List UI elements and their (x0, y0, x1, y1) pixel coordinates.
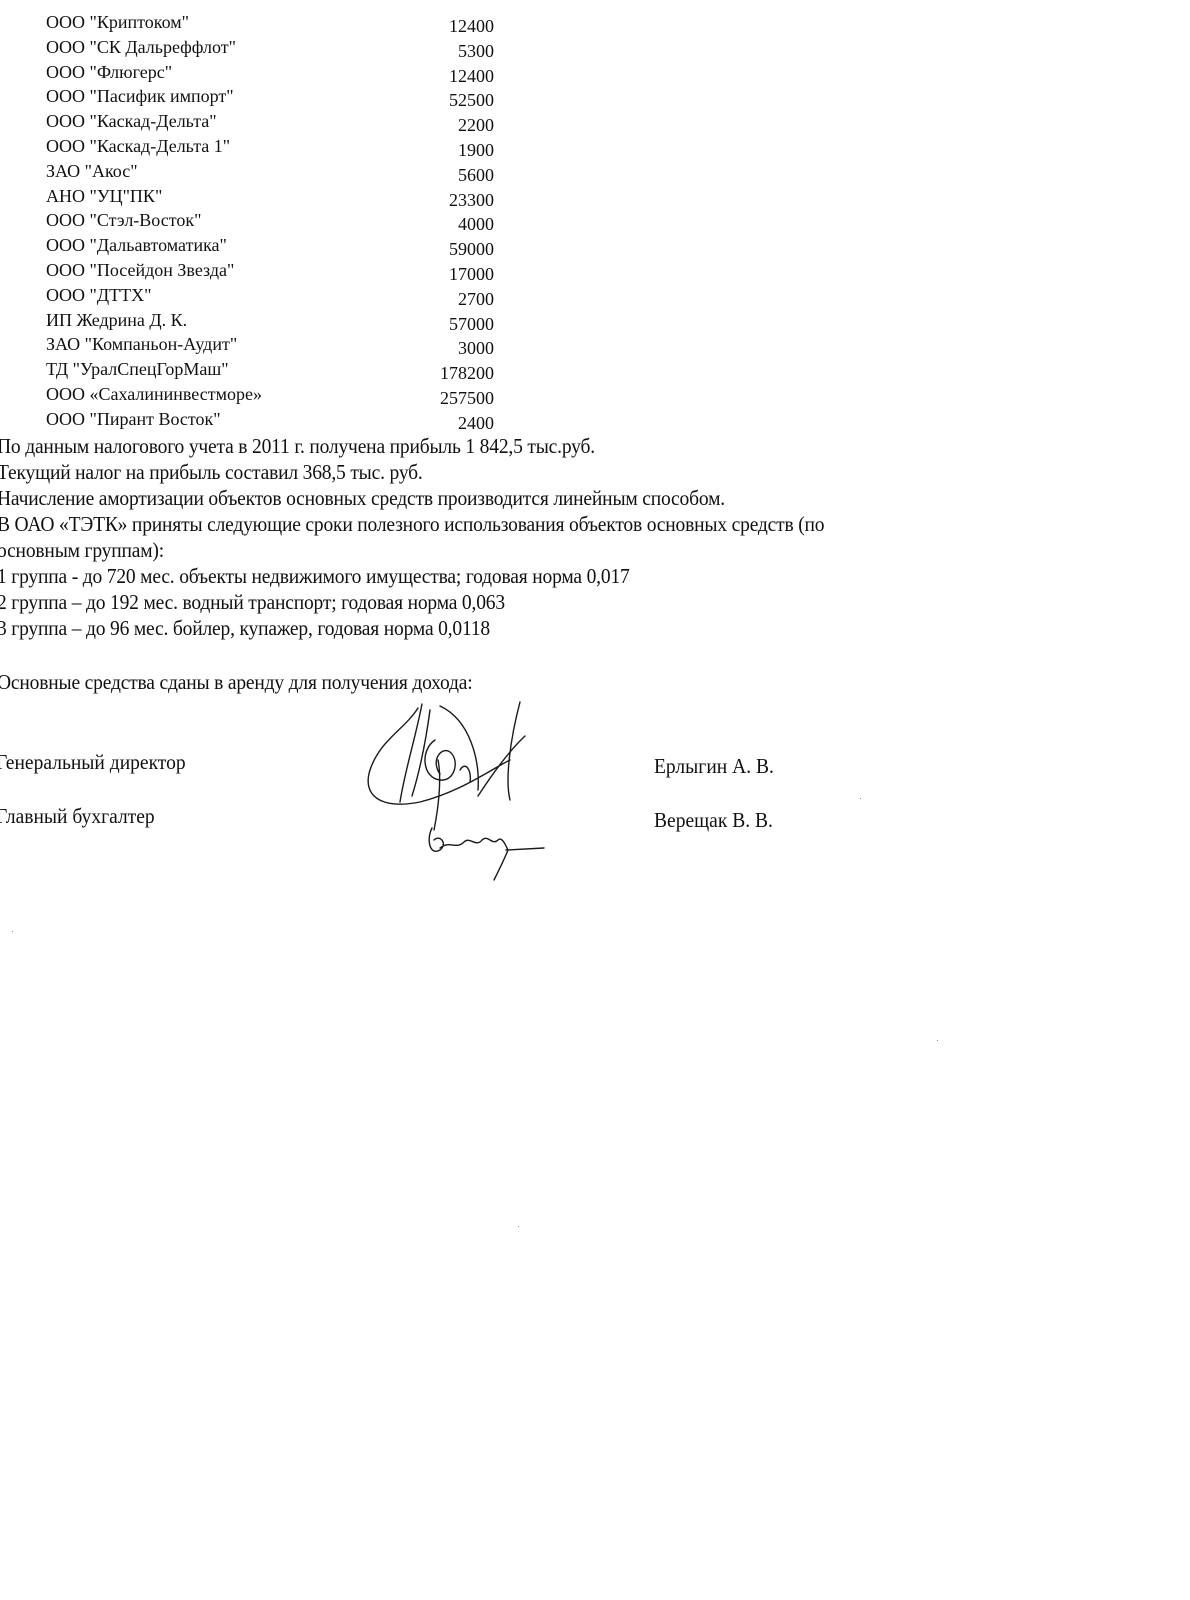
paragraph-useful-life-intro-cont: основным группам): (0, 538, 164, 563)
company-name: ООО "Стэл-Восток" (46, 208, 201, 233)
paragraph-depreciation-method: Начисление амортизации объектов основных… (0, 486, 725, 511)
company-name: АНО "УЦ"ПК" (46, 184, 162, 209)
paragraph-group-3: 3 группа – до 96 мес. бойлер, купажер, г… (0, 616, 490, 641)
company-name: ООО "Пирант Восток" (46, 407, 221, 432)
company-name: ЗАО "Компаньон-Аудит" (46, 332, 237, 357)
table-row: ООО "Флюгерс"12400 (0, 60, 520, 85)
scan-speck (12, 931, 13, 932)
paragraph-group-1: 1 группа - до 720 мес. объекты недвижимо… (0, 564, 630, 589)
company-name: ООО "Каскад-Дельта" (46, 109, 217, 134)
company-name: ООО "Криптоком" (46, 10, 189, 35)
scan-speck (860, 798, 861, 799)
company-name: ООО "Дальавтоматика" (46, 233, 227, 258)
table-row: ООО "Криптоком"12400 (0, 10, 520, 35)
scan-speck (518, 1226, 519, 1227)
table-row: ООО "Дальавтоматика"59000 (0, 233, 520, 258)
accountant-name: Верещак В. В. (654, 808, 773, 833)
table-row: АНО "УЦ"ПК"23300 (0, 184, 520, 209)
table-row: ООО "СК Дальреффлот"5300 (0, 35, 520, 60)
company-name: ООО "Посейдон Звезда" (46, 258, 234, 283)
table-row: ООО "Пасифик импорт"52500 (0, 84, 520, 109)
table-row: ЗАО "Компаньон-Аудит"3000 (0, 332, 520, 357)
director-name: Ерлыгин А. В. (654, 754, 774, 779)
company-name: ООО «Сахалининвестморе» (46, 382, 262, 407)
table-row: ООО "Каскад-Дельта"2200 (0, 109, 520, 134)
company-name: ИП Жедрина Д. К. (46, 308, 187, 333)
accountant-role: Главный бухгалтер (0, 804, 155, 829)
company-amount: 2400 (458, 411, 494, 436)
table-row: ООО "Посейдон Звезда"17000 (0, 258, 520, 283)
company-amount-table: ООО "Криптоком"12400ООО "СК Дальреффлот"… (0, 10, 520, 432)
scan-speck (937, 1040, 938, 1041)
paragraph-group-2: 2 группа – до 192 мес. водный транспорт;… (0, 590, 505, 615)
company-name: ООО "Флюгерс" (46, 60, 172, 85)
table-row: ИП Жедрина Д. К.57000 (0, 308, 520, 333)
table-row: ООО "Каскад-Дельта 1"1900 (0, 134, 520, 159)
table-row: ЗАО "Акос"5600 (0, 159, 520, 184)
paragraph-rent-income: Основные средства сданы в аренду для пол… (0, 670, 473, 695)
company-name: ЗАО "Акос" (46, 159, 138, 184)
table-row: ТД "УралСпецГорМаш"178200 (0, 357, 520, 382)
table-row: ООО "ДТТХ"2700 (0, 283, 520, 308)
company-name: ТД "УралСпецГорМаш" (46, 357, 229, 382)
table-row: ООО «Сахалининвестморе»257500 (0, 382, 520, 407)
director-role: Генеральный директор (0, 750, 186, 775)
paragraph-current-tax: Текущий налог на прибыль составил 368,5 … (0, 460, 423, 485)
company-name: ООО "Пасифик импорт" (46, 84, 234, 109)
table-row: ООО "Стэл-Восток"4000 (0, 208, 520, 233)
paragraph-useful-life-intro: В ОАО «ТЭТК» приняты следующие сроки пол… (0, 512, 824, 537)
company-name: ООО "СК Дальреффлот" (46, 35, 236, 60)
company-name: ООО "Каскад-Дельта 1" (46, 134, 230, 159)
company-name: ООО "ДТТХ" (46, 283, 151, 308)
table-row: ООО "Пирант Восток"2400 (0, 407, 520, 432)
paragraph-tax-profit: По данным налогового учета в 2011 г. пол… (0, 434, 595, 459)
handwritten-signatures (360, 700, 560, 890)
